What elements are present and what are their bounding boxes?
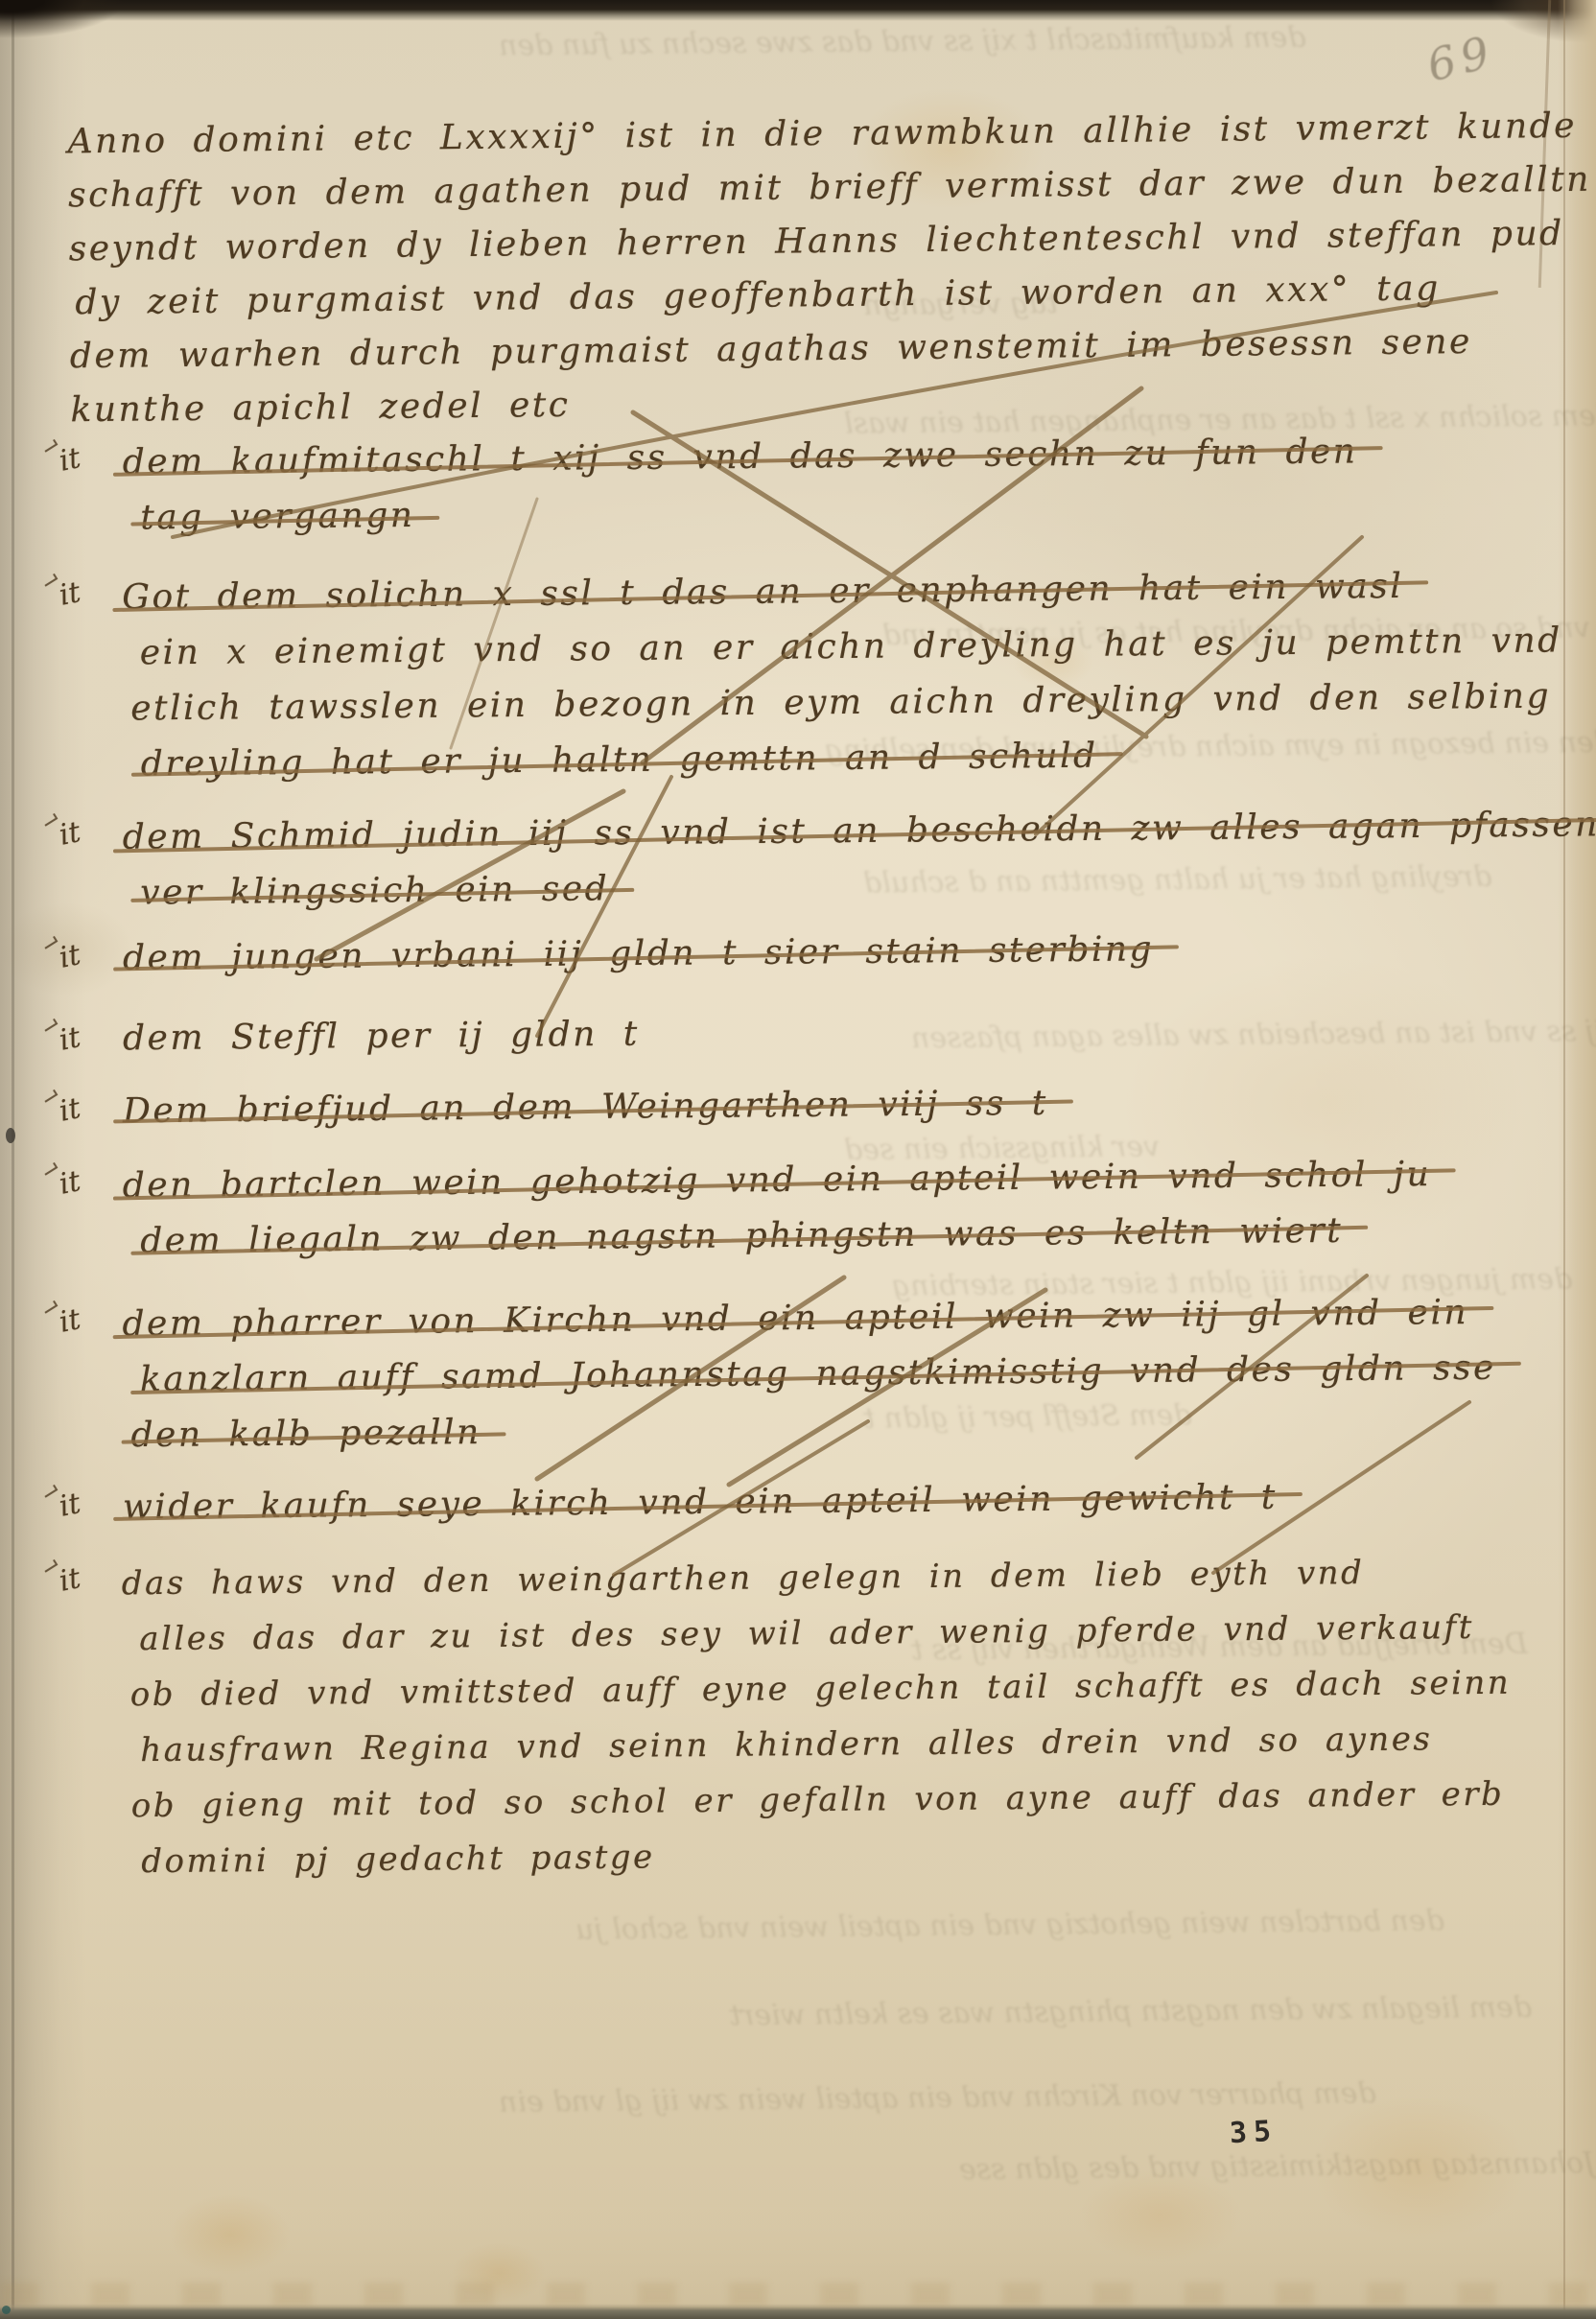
header-line: seyndt worden dy lieben herren Hanns lie… xyxy=(68,207,1591,277)
entry-line: dreyling hat er ju haltn gemttn an d sch… xyxy=(124,724,1563,792)
margin-item-marker: it xyxy=(57,575,83,613)
bleed-through-line: ein x einemigt vnd so an er aichn dreyli… xyxy=(882,609,1596,652)
entry-line: dem Steffl per ij gldn t xyxy=(123,1007,640,1067)
page-top-left-corner xyxy=(0,0,144,44)
entry-line: ob gieng mit tod so schol er gefalln von… xyxy=(124,1767,1513,1835)
ledger-entry: wider kaufn seye kirch vnd ein apteil we… xyxy=(123,1470,1278,1536)
bleed-through-line: dem Schmid judin iij ss vnd ist an besch… xyxy=(911,1012,1596,1056)
margin-item-marker: it xyxy=(57,441,83,479)
entry-line: wider kaufn seye kirch vnd ein apteil we… xyxy=(123,1470,1278,1536)
entry-line: dem pharrer von Kirchn vnd ein apteil we… xyxy=(122,1285,1495,1352)
cross-out-strokes xyxy=(0,0,1596,2319)
header-line: dem warhen durch purgmaist agathas wenst… xyxy=(70,315,1593,385)
entry-line: den bartclen wein gehotzig vnd ein aptei… xyxy=(123,1147,1432,1214)
bleed-through-line: ver klingssich ein sed xyxy=(844,1130,1160,1166)
header-line: schafft von dem agathen pud mit brieff v… xyxy=(68,153,1591,223)
bleed-through-line: dem pharrer von Kirchn vnd ein apteil we… xyxy=(499,2076,1376,2120)
margin-item-marker: it xyxy=(57,815,83,853)
ledger-entry: Got dem solichn x ssl t das an er enphan… xyxy=(122,557,1563,792)
bleed-through-line: tag vergangn xyxy=(863,287,1058,322)
ledger-entry: den bartclen wein gehotzig vnd ein aptei… xyxy=(123,1147,1432,1270)
entry-line: ein x einemigt vnd so an er aichn dreyli… xyxy=(123,613,1562,681)
bleed-through-line: dem liegaln zw den nagstn phingstn was e… xyxy=(729,1991,1532,2033)
entry-line: Got dem solichn x ssl t das an er enphan… xyxy=(122,557,1561,625)
entry-line: dem Schmid judin iij ss vnd ist an besch… xyxy=(123,797,1596,865)
margin-item-marker: it xyxy=(57,1091,83,1129)
margin-item-marker: it xyxy=(57,1164,83,1202)
entry-line: dem jungen vrbani iij gldn t sier stain … xyxy=(123,922,1155,986)
folio-number: 69 xyxy=(1422,25,1501,91)
header-line: kunthe apichl zedel etc xyxy=(70,368,1593,438)
ledger-entry: dem pharrer von Kirchn vnd ein apteil we… xyxy=(122,1285,1496,1464)
ledger-entry: dem Schmid judin iij ss vnd ist an besch… xyxy=(123,797,1596,921)
entry-line: domini pj gedacht pastge xyxy=(124,1822,1513,1890)
bleed-through-line: dem Steffl per ij gldn t xyxy=(863,1398,1192,1436)
ledger-entry: dem Steffl per ij gldn t xyxy=(123,1007,640,1067)
entry-line: dem liegaln zw den nagstn phingstn was e… xyxy=(123,1203,1432,1270)
entry-line: das haws vnd den weingarthen gelegn in d… xyxy=(122,1544,1511,1612)
ledger-entry: dem kaufmitaschl t xij ss vnd das zwe se… xyxy=(123,424,1359,546)
page-fold-line xyxy=(1538,0,1551,288)
stamped-page-number: 35 xyxy=(1229,2115,1279,2151)
bleed-through-line: dreyling hat er ju haltn gemttn an d sch… xyxy=(863,860,1492,901)
bleed-through-line: etlich tawsslen ein bezogn in eym aichn … xyxy=(825,724,1596,767)
ledger-entry: dem jungen vrbani iij gldn t sier stain … xyxy=(123,922,1155,986)
margin-item-marker: it xyxy=(57,1020,83,1058)
margin-item-marker: it xyxy=(57,1302,83,1340)
page-bottom-deckle xyxy=(0,2283,1596,2307)
entry-line: hausfrawn Regina vnd seinn khindern alle… xyxy=(123,1711,1512,1779)
header-line: dy zeit purgmaist vnd das geoffenbarth i… xyxy=(69,261,1592,331)
bleed-through-line: Dem briefjud an dem Weingarthen viij ss … xyxy=(911,1628,1528,1668)
margin-item-marker: it xyxy=(57,938,83,975)
entry-line: ob died vnd vmittsted auff eyne gelechn … xyxy=(123,1655,1512,1723)
header-paragraph: Anno domini etc Lxxxxij° ist in die rawm… xyxy=(67,100,1593,438)
ink-speck xyxy=(2,2306,11,2314)
bleed-through-line: Got dem solichn x ssl t das an er enphan… xyxy=(844,398,1596,440)
ledger-entry: das haws vnd den weingarthen gelegn in d… xyxy=(122,1544,1513,1890)
entry-line: tag vergangn xyxy=(123,480,1358,546)
margin-item-marker: it xyxy=(57,1487,83,1524)
ledger-entry: Dem briefjud an dem Weingarthen viij ss … xyxy=(123,1076,1048,1139)
entry-line: dem kaufmitaschl t xij ss vnd das zwe se… xyxy=(123,424,1358,490)
margin-item-marker: it xyxy=(57,1561,83,1599)
manuscript-page: 69 dem kaufmitaschl t xij ss vnd das zwe… xyxy=(0,0,1596,2319)
bleed-through-line: dem jungen vrbani iij gldn t sier stain … xyxy=(892,1262,1573,1302)
binding-crease xyxy=(12,0,14,2319)
bleed-through-line: dem kaufmitaschl t xij ss vnd das zwe se… xyxy=(499,21,1306,63)
entry-line: den kalb pezalln xyxy=(123,1396,1496,1464)
page-top-right-corner xyxy=(1481,0,1596,58)
paper-stains xyxy=(0,0,1596,2319)
ink-speck xyxy=(6,1128,15,1143)
page-right-crease xyxy=(1563,0,1565,2319)
entry-line: etlich tawsslen ein bezogn in eym aichn … xyxy=(123,668,1562,737)
bleed-through-line: den bartclen wein gehotzig vnd ein aptei… xyxy=(575,1904,1444,1946)
header-line: Anno domini etc Lxxxxij° ist in die rawm… xyxy=(67,100,1590,170)
entry-line: kanzlarn auff samd Johannstag nagstkimis… xyxy=(123,1341,1496,1408)
bleed-through-line: kanzlarn auff samd Johannstag nagstkimis… xyxy=(959,2143,1596,2187)
binding-gutter xyxy=(0,0,86,2319)
entry-line: ver klingssich ein sed xyxy=(123,853,1596,921)
page-bottom-edge xyxy=(0,2304,1596,2319)
entry-line: Dem briefjud an dem Weingarthen viij ss … xyxy=(123,1076,1048,1139)
page-top-edge xyxy=(0,0,1596,21)
entry-line: alles das dar zu ist des sey wil ader we… xyxy=(122,1600,1511,1668)
page-right-edge xyxy=(1558,0,1596,2319)
